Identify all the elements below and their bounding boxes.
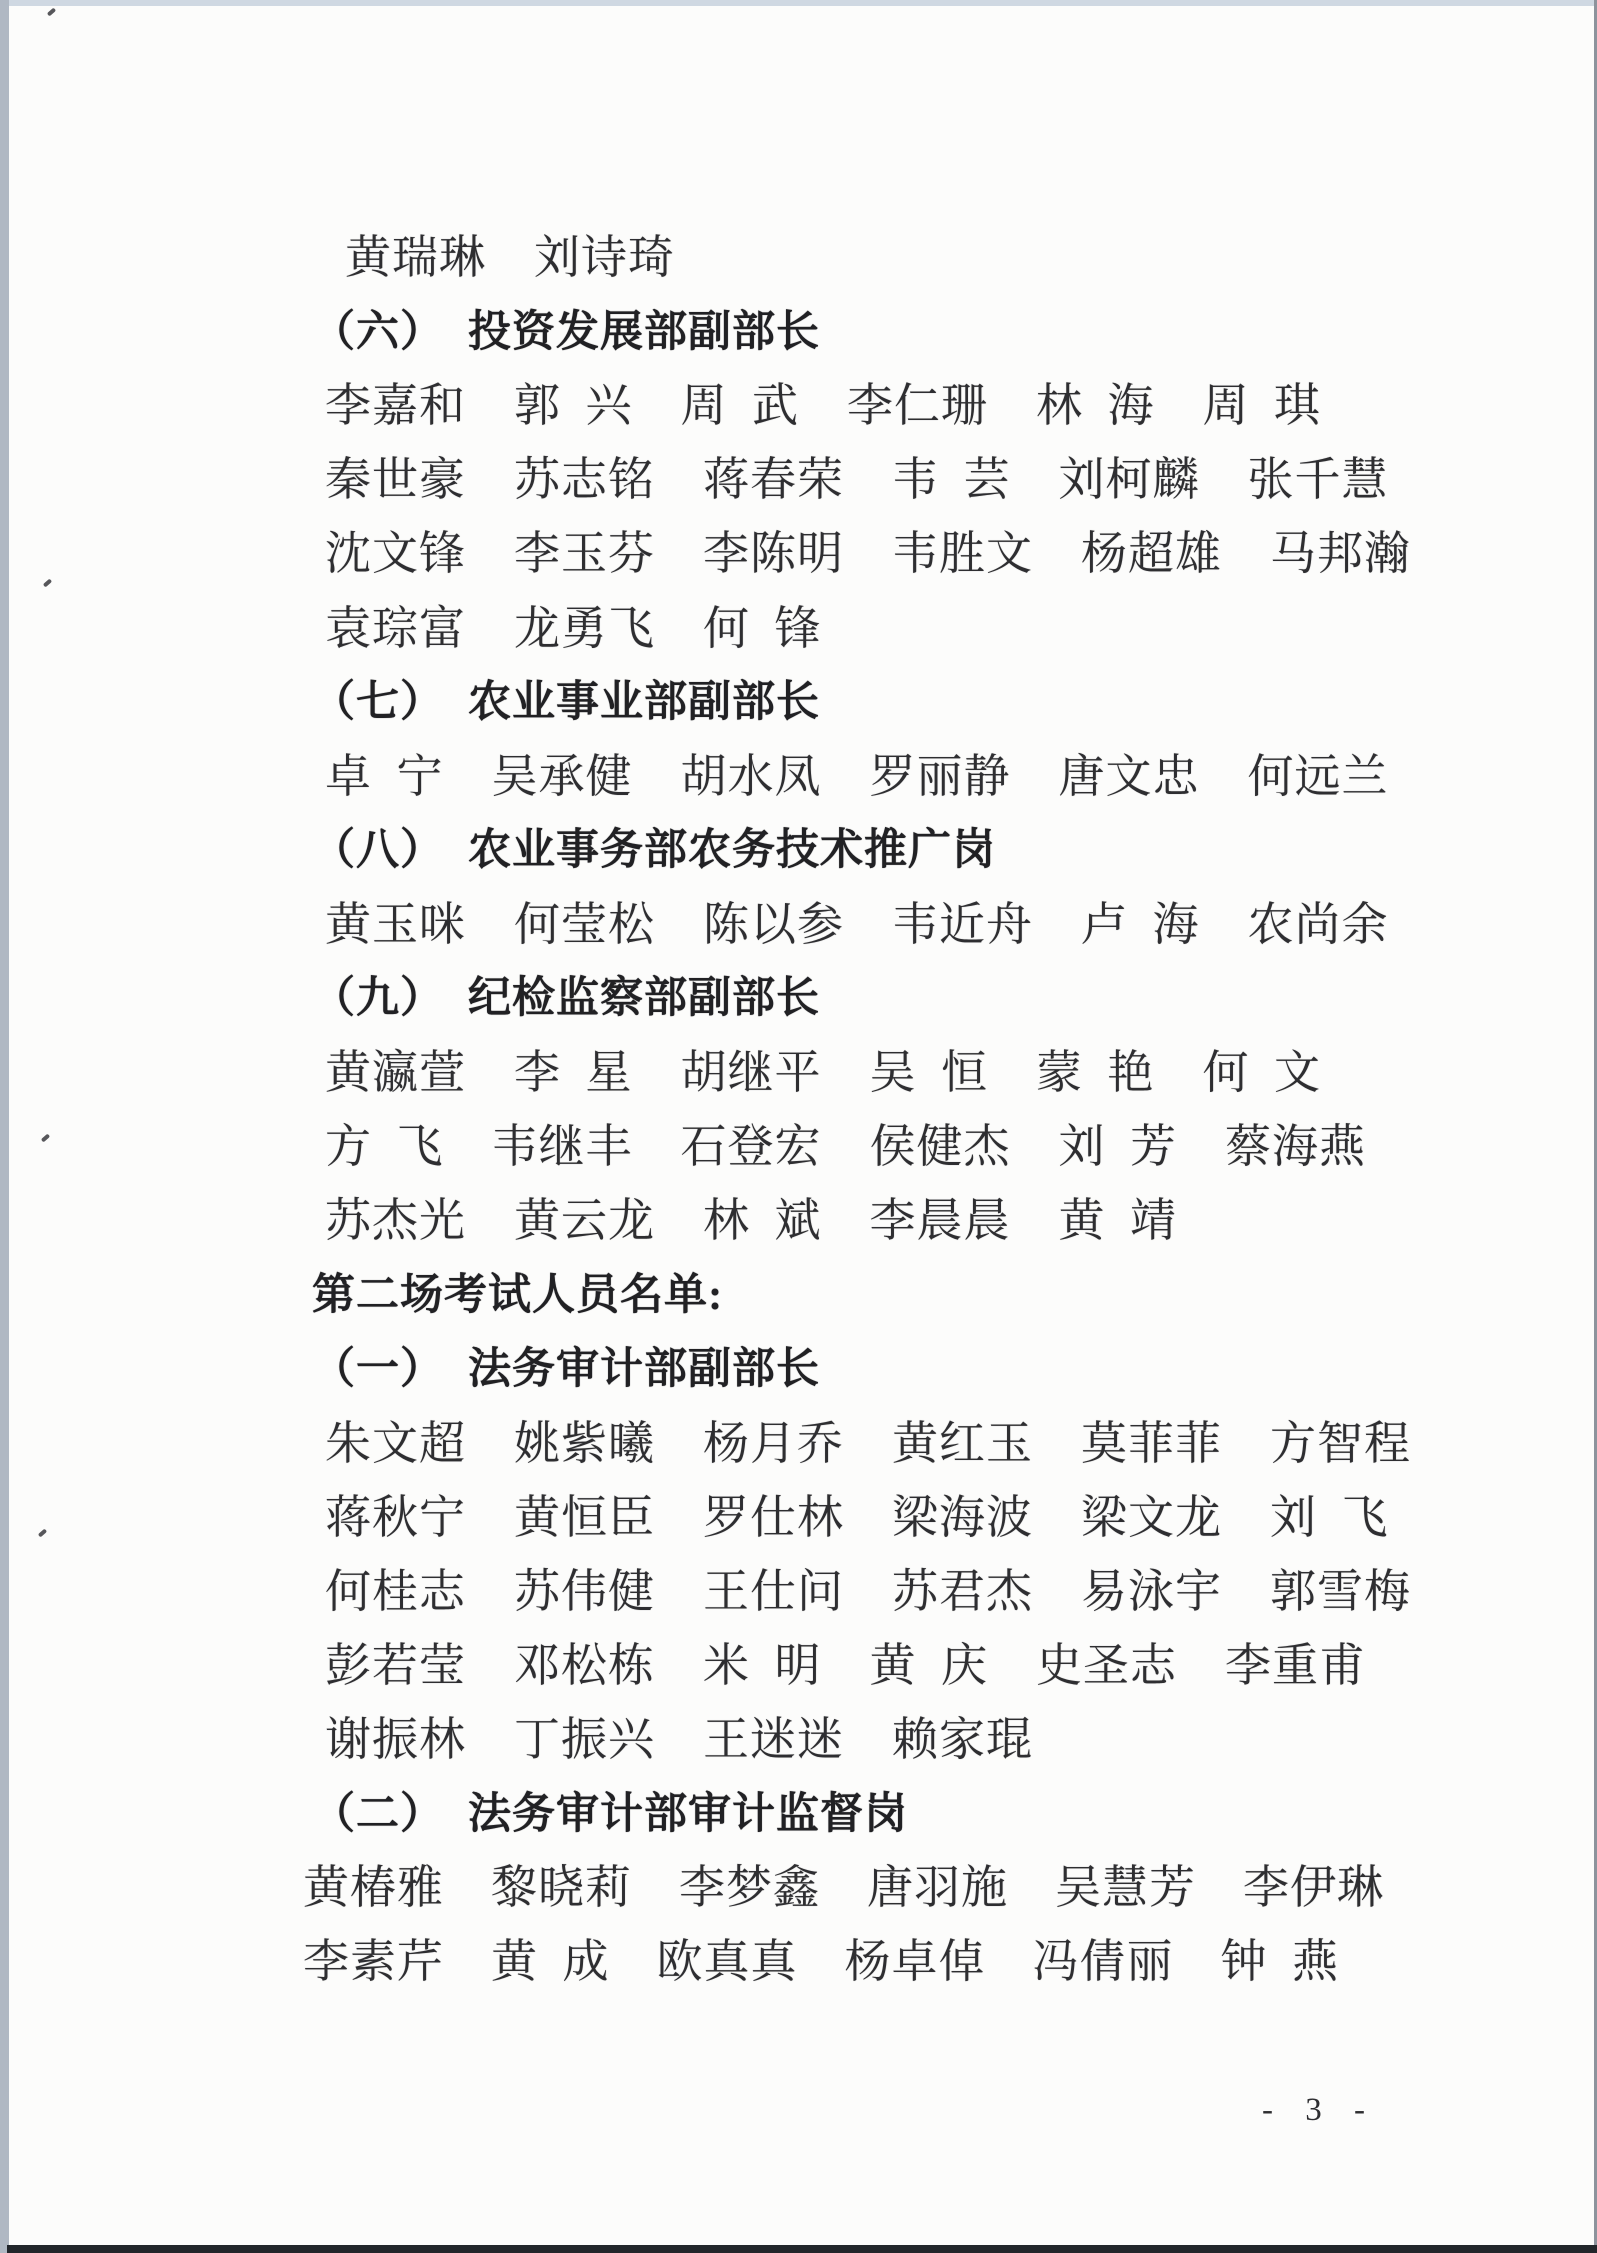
name-row: 秦世豪苏志铭蒋春荣韦 芸刘柯麟张千慧 — [0, 439, 1597, 513]
section-title: 农业事务部农务技术推广岗 — [468, 816, 996, 877]
section-title: 农业事业部副部长 — [468, 668, 820, 729]
person-name: 方智程 — [1270, 1407, 1411, 1473]
person-name: 周 武 — [681, 369, 800, 435]
name-row: 李素芹黄 成欧真真杨卓倬冯倩丽钟 燕 — [0, 1921, 1597, 1995]
scanned-page: 黄瑞琳刘诗琦（六）投资发展部副部长李嘉和郭 兴周 武李仁珊林 海周 琪秦世豪苏志… — [0, 0, 1597, 2253]
person-name: 陈以参 — [703, 888, 844, 954]
person-name: 李仁珊 — [847, 369, 988, 435]
section-number: （八） — [312, 816, 444, 877]
person-name: 李伊琳 — [1243, 1851, 1384, 1917]
name-row: 苏杰光黄云龙林 斌李晨晨黄 靖 — [0, 1180, 1597, 1254]
person-name: 何桂志 — [325, 1555, 466, 1621]
person-name: 苏君杰 — [892, 1555, 1033, 1621]
person-name: 林 海 — [1036, 369, 1155, 435]
person-name: 郭雪梅 — [1270, 1555, 1411, 1621]
person-name: 蒋秋宁 — [325, 1481, 466, 1547]
section-number: （二） — [312, 1780, 444, 1841]
person-name: 梁海波 — [892, 1481, 1033, 1547]
person-name: 苏杰光 — [325, 1184, 466, 1250]
name-row: 朱文超姚紫曦杨月乔黄红玉莫菲菲方智程 — [0, 1403, 1597, 1477]
person-name: 李玉芬 — [514, 517, 655, 583]
person-name: 莫菲菲 — [1081, 1407, 1222, 1473]
person-name: 黄红玉 — [892, 1407, 1033, 1473]
person-name: 李素芹 — [303, 1925, 444, 1991]
person-name: 黄 庆 — [870, 1629, 989, 1695]
roster-subtitle-text: 第二场考试人员名单: — [312, 1261, 723, 1322]
name-row: 黄瑞琳刘诗琦 — [0, 217, 1597, 291]
person-name: 吴慧芳 — [1055, 1851, 1196, 1917]
name-row: 黄瀛萱李 星胡继平吴 恒蒙 艳何 文 — [0, 1032, 1597, 1106]
person-name: 何 锋 — [703, 592, 822, 658]
person-name: 丁振兴 — [514, 1703, 655, 1769]
section-title: 法务审计部副部长 — [468, 1335, 820, 1396]
scan-edge-top — [0, 0, 1597, 6]
person-name: 胡水凤 — [681, 740, 822, 806]
person-name: 卓 宁 — [325, 740, 444, 806]
person-name: 朱文超 — [325, 1407, 466, 1473]
page-number: - 3 - — [1262, 2092, 1372, 2129]
name-row: 黄玉咪何莹松陈以参韦近舟卢 海农尚余 — [0, 884, 1597, 958]
section-title: 投资发展部副部长 — [468, 298, 820, 359]
name-row: 卓 宁吴承健胡水凤罗丽静唐文忠何远兰 — [0, 736, 1597, 810]
person-name: 唐羽施 — [867, 1851, 1008, 1917]
person-name: 彭若莹 — [325, 1629, 466, 1695]
person-name: 谢振林 — [325, 1703, 466, 1769]
person-name: 蒋春荣 — [703, 443, 844, 509]
person-name: 吴 恒 — [870, 1036, 989, 1102]
name-row: 蒋秋宁黄恒臣罗仕林梁海波梁文龙刘 飞 — [0, 1477, 1597, 1551]
person-name: 蔡海燕 — [1225, 1110, 1366, 1176]
person-name: 梁文龙 — [1081, 1481, 1222, 1547]
name-row: 何桂志苏伟健王仕问苏君杰易泳宇郭雪梅 — [0, 1551, 1597, 1625]
roster-subtitle: 第二场考试人员名单: — [0, 1254, 1597, 1328]
person-name: 黄瑞琳 — [345, 221, 486, 287]
person-name: 李 星 — [514, 1036, 633, 1102]
person-name: 黄云龙 — [514, 1184, 655, 1250]
person-name: 韦继丰 — [492, 1110, 633, 1176]
person-name: 刘 芳 — [1059, 1110, 1178, 1176]
person-name: 黄椿雅 — [303, 1851, 444, 1917]
person-name: 杨超雄 — [1081, 517, 1222, 583]
person-name: 林 斌 — [703, 1184, 822, 1250]
person-name: 易泳宇 — [1081, 1555, 1222, 1621]
person-name: 吴承健 — [492, 740, 633, 806]
person-name: 杨卓倬 — [845, 1925, 986, 1991]
person-name: 刘诗琦 — [534, 221, 675, 287]
section-heading: （九）纪检监察部副部长 — [0, 958, 1597, 1032]
person-name: 龙勇飞 — [514, 592, 655, 658]
person-name: 王仕问 — [703, 1555, 844, 1621]
section-title: 纪检监察部副部长 — [468, 964, 820, 1025]
person-name: 蒙 艳 — [1036, 1036, 1155, 1102]
section-heading: （六）投资发展部副部长 — [0, 291, 1597, 365]
person-name: 何远兰 — [1248, 740, 1389, 806]
name-row: 李嘉和郭 兴周 武李仁珊林 海周 琪 — [0, 365, 1597, 439]
person-name: 王迷迷 — [703, 1703, 844, 1769]
person-name: 李重甫 — [1225, 1629, 1366, 1695]
name-row: 袁琮富龙勇飞何 锋 — [0, 587, 1597, 661]
person-name: 李嘉和 — [325, 369, 466, 435]
person-name: 黄 靖 — [1059, 1184, 1178, 1250]
section-number: （六） — [312, 298, 444, 359]
name-row: 谢振林丁振兴王迷迷赖家琨 — [0, 1699, 1597, 1773]
section-number: （七） — [312, 668, 444, 729]
person-name: 石登宏 — [681, 1110, 822, 1176]
person-name: 李晨晨 — [870, 1184, 1011, 1250]
person-name: 黄 成 — [491, 1925, 610, 1991]
person-name: 周 琪 — [1203, 369, 1322, 435]
person-name: 冯倩丽 — [1033, 1925, 1174, 1991]
document-body: 黄瑞琳刘诗琦（六）投资发展部副部长李嘉和郭 兴周 武李仁珊林 海周 琪秦世豪苏志… — [0, 217, 1597, 1995]
scan-edge-bottom — [7, 2245, 1597, 2253]
section-number: （九） — [312, 964, 444, 1025]
person-name: 沈文锋 — [325, 517, 466, 583]
section-heading: （七）农业事业部副部长 — [0, 662, 1597, 736]
person-name: 苏志铭 — [514, 443, 655, 509]
section-heading: （二）法务审计部审计监督岗 — [0, 1773, 1597, 1847]
person-name: 卢 海 — [1081, 888, 1200, 954]
person-name: 姚紫曦 — [514, 1407, 655, 1473]
person-name: 韦 芸 — [892, 443, 1011, 509]
name-row: 彭若莹邓松栋米 明黄 庆史圣志李重甫 — [0, 1625, 1597, 1699]
person-name: 张千慧 — [1248, 443, 1389, 509]
person-name: 马邦瀚 — [1270, 517, 1411, 583]
person-name: 史圣志 — [1036, 1629, 1177, 1695]
person-name: 李陈明 — [703, 517, 844, 583]
person-name: 黎晓莉 — [491, 1851, 632, 1917]
person-name: 苏伟健 — [514, 1555, 655, 1621]
person-name: 钟 燕 — [1221, 1925, 1340, 1991]
person-name: 唐文忠 — [1059, 740, 1200, 806]
name-row: 方 飞韦继丰石登宏侯健杰刘 芳蔡海燕 — [0, 1106, 1597, 1180]
person-name: 黄恒臣 — [514, 1481, 655, 1547]
person-name: 胡继平 — [681, 1036, 822, 1102]
person-name: 罗丽静 — [870, 740, 1011, 806]
person-name: 郭 兴 — [514, 369, 633, 435]
person-name: 米 明 — [703, 1629, 822, 1695]
person-name: 侯健杰 — [870, 1110, 1011, 1176]
person-name: 方 飞 — [325, 1110, 444, 1176]
name-row: 沈文锋李玉芬李陈明韦胜文杨超雄马邦瀚 — [0, 513, 1597, 587]
person-name: 秦世豪 — [325, 443, 466, 509]
person-name: 刘 飞 — [1270, 1481, 1389, 1547]
person-name: 赖家琨 — [892, 1703, 1033, 1769]
section-heading: （八）农业事务部农务技术推广岗 — [0, 810, 1597, 884]
person-name: 黄玉咪 — [325, 888, 466, 954]
ink-speck — [47, 8, 56, 17]
section-heading: （一）法务审计部副部长 — [0, 1328, 1597, 1402]
section-title: 法务审计部审计监督岗 — [468, 1780, 908, 1841]
person-name: 黄瀛萱 — [325, 1036, 466, 1102]
person-name: 欧真真 — [657, 1925, 798, 1991]
name-row: 黄椿雅黎晓莉李梦鑫唐羽施吴慧芳李伊琳 — [0, 1847, 1597, 1921]
person-name: 袁琮富 — [325, 592, 466, 658]
person-name: 邓松栋 — [514, 1629, 655, 1695]
person-name: 杨月乔 — [703, 1407, 844, 1473]
person-name: 李梦鑫 — [679, 1851, 820, 1917]
person-name: 何莹松 — [514, 888, 655, 954]
person-name: 罗仕林 — [703, 1481, 844, 1547]
person-name: 韦近舟 — [892, 888, 1033, 954]
section-number: （一） — [312, 1335, 444, 1396]
person-name: 刘柯麟 — [1059, 443, 1200, 509]
person-name: 农尚余 — [1248, 888, 1389, 954]
person-name: 韦胜文 — [892, 517, 1033, 583]
person-name: 何 文 — [1203, 1036, 1322, 1102]
